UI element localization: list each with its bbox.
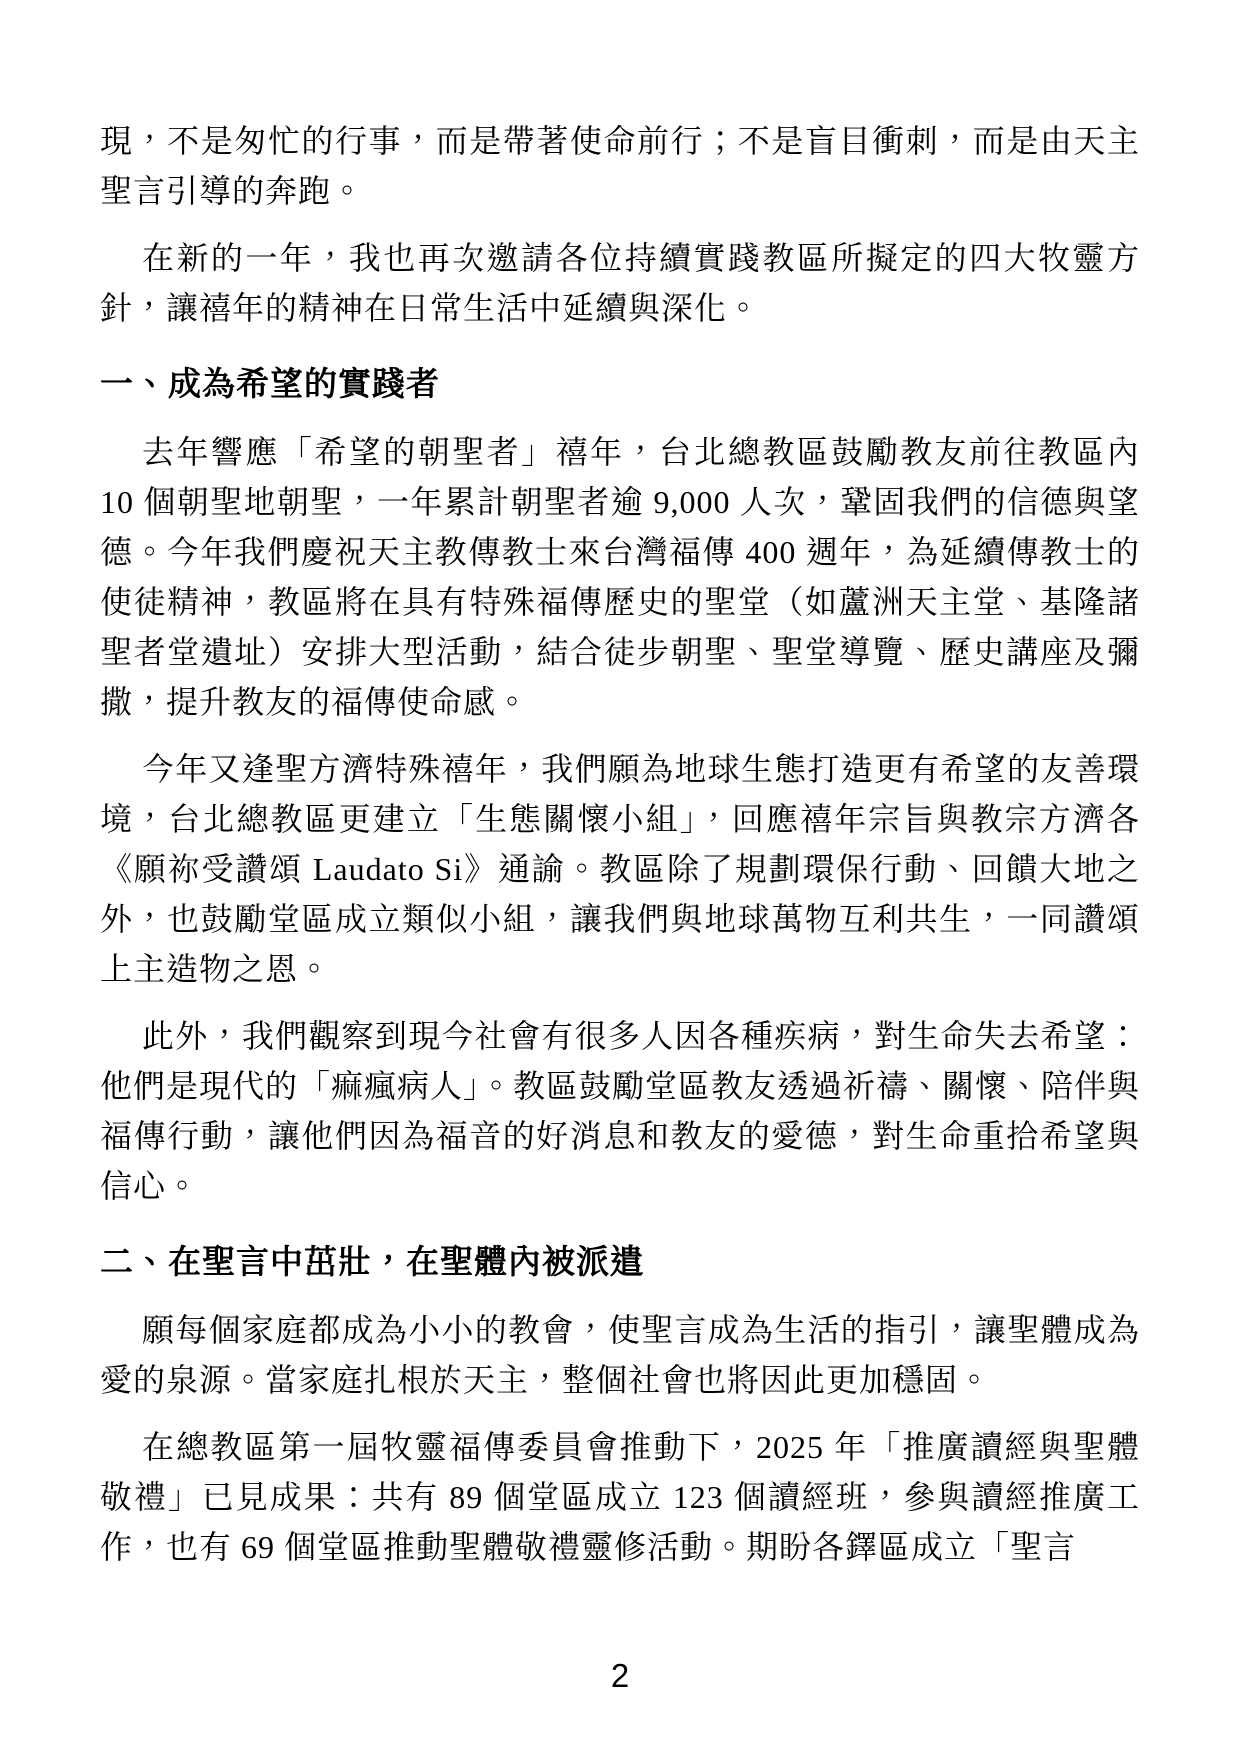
section-2-paragraph-1: 願每個家庭都成為小小的教會，使聖言成為生活的指引，讓聖體成為愛的泉源。當家庭扎根… [100, 1305, 1140, 1405]
intro-paragraph: 在新的一年，我也再次邀請各位持續實踐教區所擬定的四大牧靈方針，讓禧年的精神在日常… [100, 233, 1140, 333]
document-page: 現，不是匆忙的行事，而是帶著使命前行；不是盲目衝刺，而是由天主聖言引導的奔跑。 … [0, 0, 1240, 1754]
section-2-paragraph-2: 在總教區第一屆牧靈福傳委員會推動下，2025 年「推廣讀經與聖體敬禮」已見成果：… [100, 1422, 1140, 1572]
section-1-paragraph-2: 今年又逢聖方濟特殊禧年，我們願為地球生態打造更有希望的友善環境，台北總教區更建立… [100, 744, 1140, 994]
section-1-paragraph-1: 去年響應「希望的朝聖者」禧年，台北總教區鼓勵教友前往教區內 10 個朝聖地朝聖，… [100, 427, 1140, 727]
section-1-paragraph-3: 此外，我們觀察到現今社會有很多人因各種疾病，對生命失去希望：他們是現代的「痲瘋病… [100, 1011, 1140, 1211]
page-number: 2 [0, 1656, 1240, 1696]
paragraph-continuation: 現，不是匆忙的行事，而是帶著使命前行；不是盲目衝刺，而是由天主聖言引導的奔跑。 [100, 116, 1140, 216]
section-2-heading: 二、在聖言中茁壯，在聖體內被派遣 [100, 1238, 1140, 1288]
section-1-heading: 一、成為希望的實踐者 [100, 360, 1140, 410]
page-body: 現，不是匆忙的行事，而是帶著使命前行；不是盲目衝刺，而是由天主聖言引導的奔跑。 … [0, 0, 1240, 1572]
